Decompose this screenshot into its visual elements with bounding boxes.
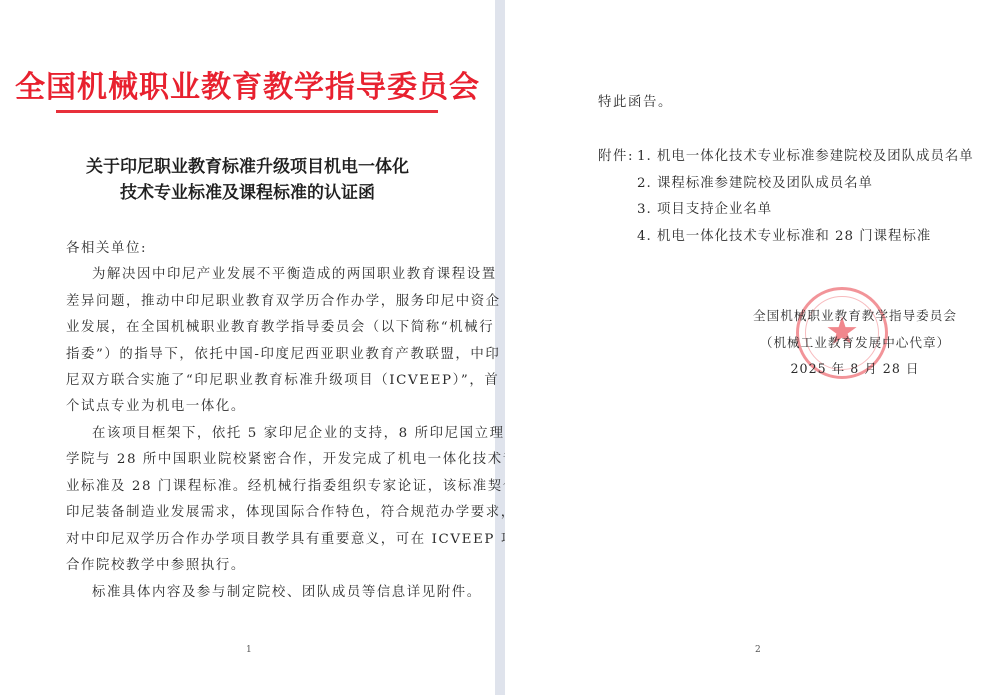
document-title-line-2: 技术专业标准及课程标准的认证函 — [0, 178, 495, 203]
paragraph-line: 印尼装备制造业发展需求，体现国际合作特色，符合规范办学要求， — [66, 501, 516, 520]
paragraph-line: 尼双方联合实施了“印尼职业教育标准升级项目（ICVEEP）”，首 — [66, 369, 499, 388]
document-page-1: 全国机械职业教育教学指导委员会 关于印尼职业教育标准升级项目机电一体化 技术专业… — [0, 0, 495, 695]
salutation: 各相关单位: — [66, 237, 147, 256]
paragraph-line: 业标准及 28 门课程标准。经机械行指委组织专家论证，该标准契合 — [66, 475, 518, 494]
attachments-label: 附件: — [598, 145, 634, 164]
paragraph-line: 在该项目框架下，依托 5 家印尼企业的支持，8 所印尼国立理工 — [92, 422, 520, 441]
attachment-item: 3. 项目支持企业名单 — [637, 198, 772, 217]
attachment-item: 2. 课程标准参建院校及团队成员名单 — [637, 172, 873, 191]
document-title-line-1: 关于印尼职业教育标准升级项目机电一体化 — [0, 152, 495, 177]
paragraph-line: 标准具体内容及参与制定院校、团队成员等信息详见附件。 — [92, 581, 482, 600]
paragraph-line: 个试点专业为机电一体化。 — [66, 395, 246, 414]
paragraph-line: 为解决因中印尼产业发展不平衡造成的两国职业教育课程设置 — [92, 263, 497, 282]
signature-seal-note: （机械工业教育发展中心代章） — [700, 332, 1000, 351]
paragraph-line: 指委”）的指导下，依托中国-印度尼西亚职业教育产教联盟，中印 — [66, 343, 500, 362]
paragraph-line: 业发展，在全国机械职业教育教学指导委员会（以下简称“机械行 — [66, 316, 494, 335]
header-red-rule — [56, 110, 438, 113]
closing-remark: 特此函告。 — [598, 91, 673, 110]
page-number: 2 — [755, 645, 761, 655]
paragraph-line: 合作院校教学中参照执行。 — [66, 554, 246, 573]
attachment-item: 1. 机电一体化技术专业标准参建院校及团队成员名单 — [637, 145, 974, 164]
paragraph-line: 对中印尼双学历合作办学项目教学具有重要意义，可在 ICVEEP 项目 — [66, 528, 531, 547]
organization-header: 全国机械职业教育教学指导委员会 — [0, 62, 495, 106]
signature-date: 2025 年 8 月 28 日 — [700, 358, 1000, 377]
page-number: 1 — [246, 645, 252, 655]
attachment-item: 4. 机电一体化技术专业标准和 28 门课程标准 — [637, 225, 931, 244]
paragraph-line: 差异问题，推动中印尼职业教育双学历合作办学，服务印尼中资企 — [66, 290, 501, 309]
paragraph-line: 学院与 28 所中国职业院校紧密合作，开发完成了机电一体化技术专 — [66, 448, 518, 467]
signature-organization: 全国机械职业教育教学指导委员会 — [700, 305, 1000, 324]
